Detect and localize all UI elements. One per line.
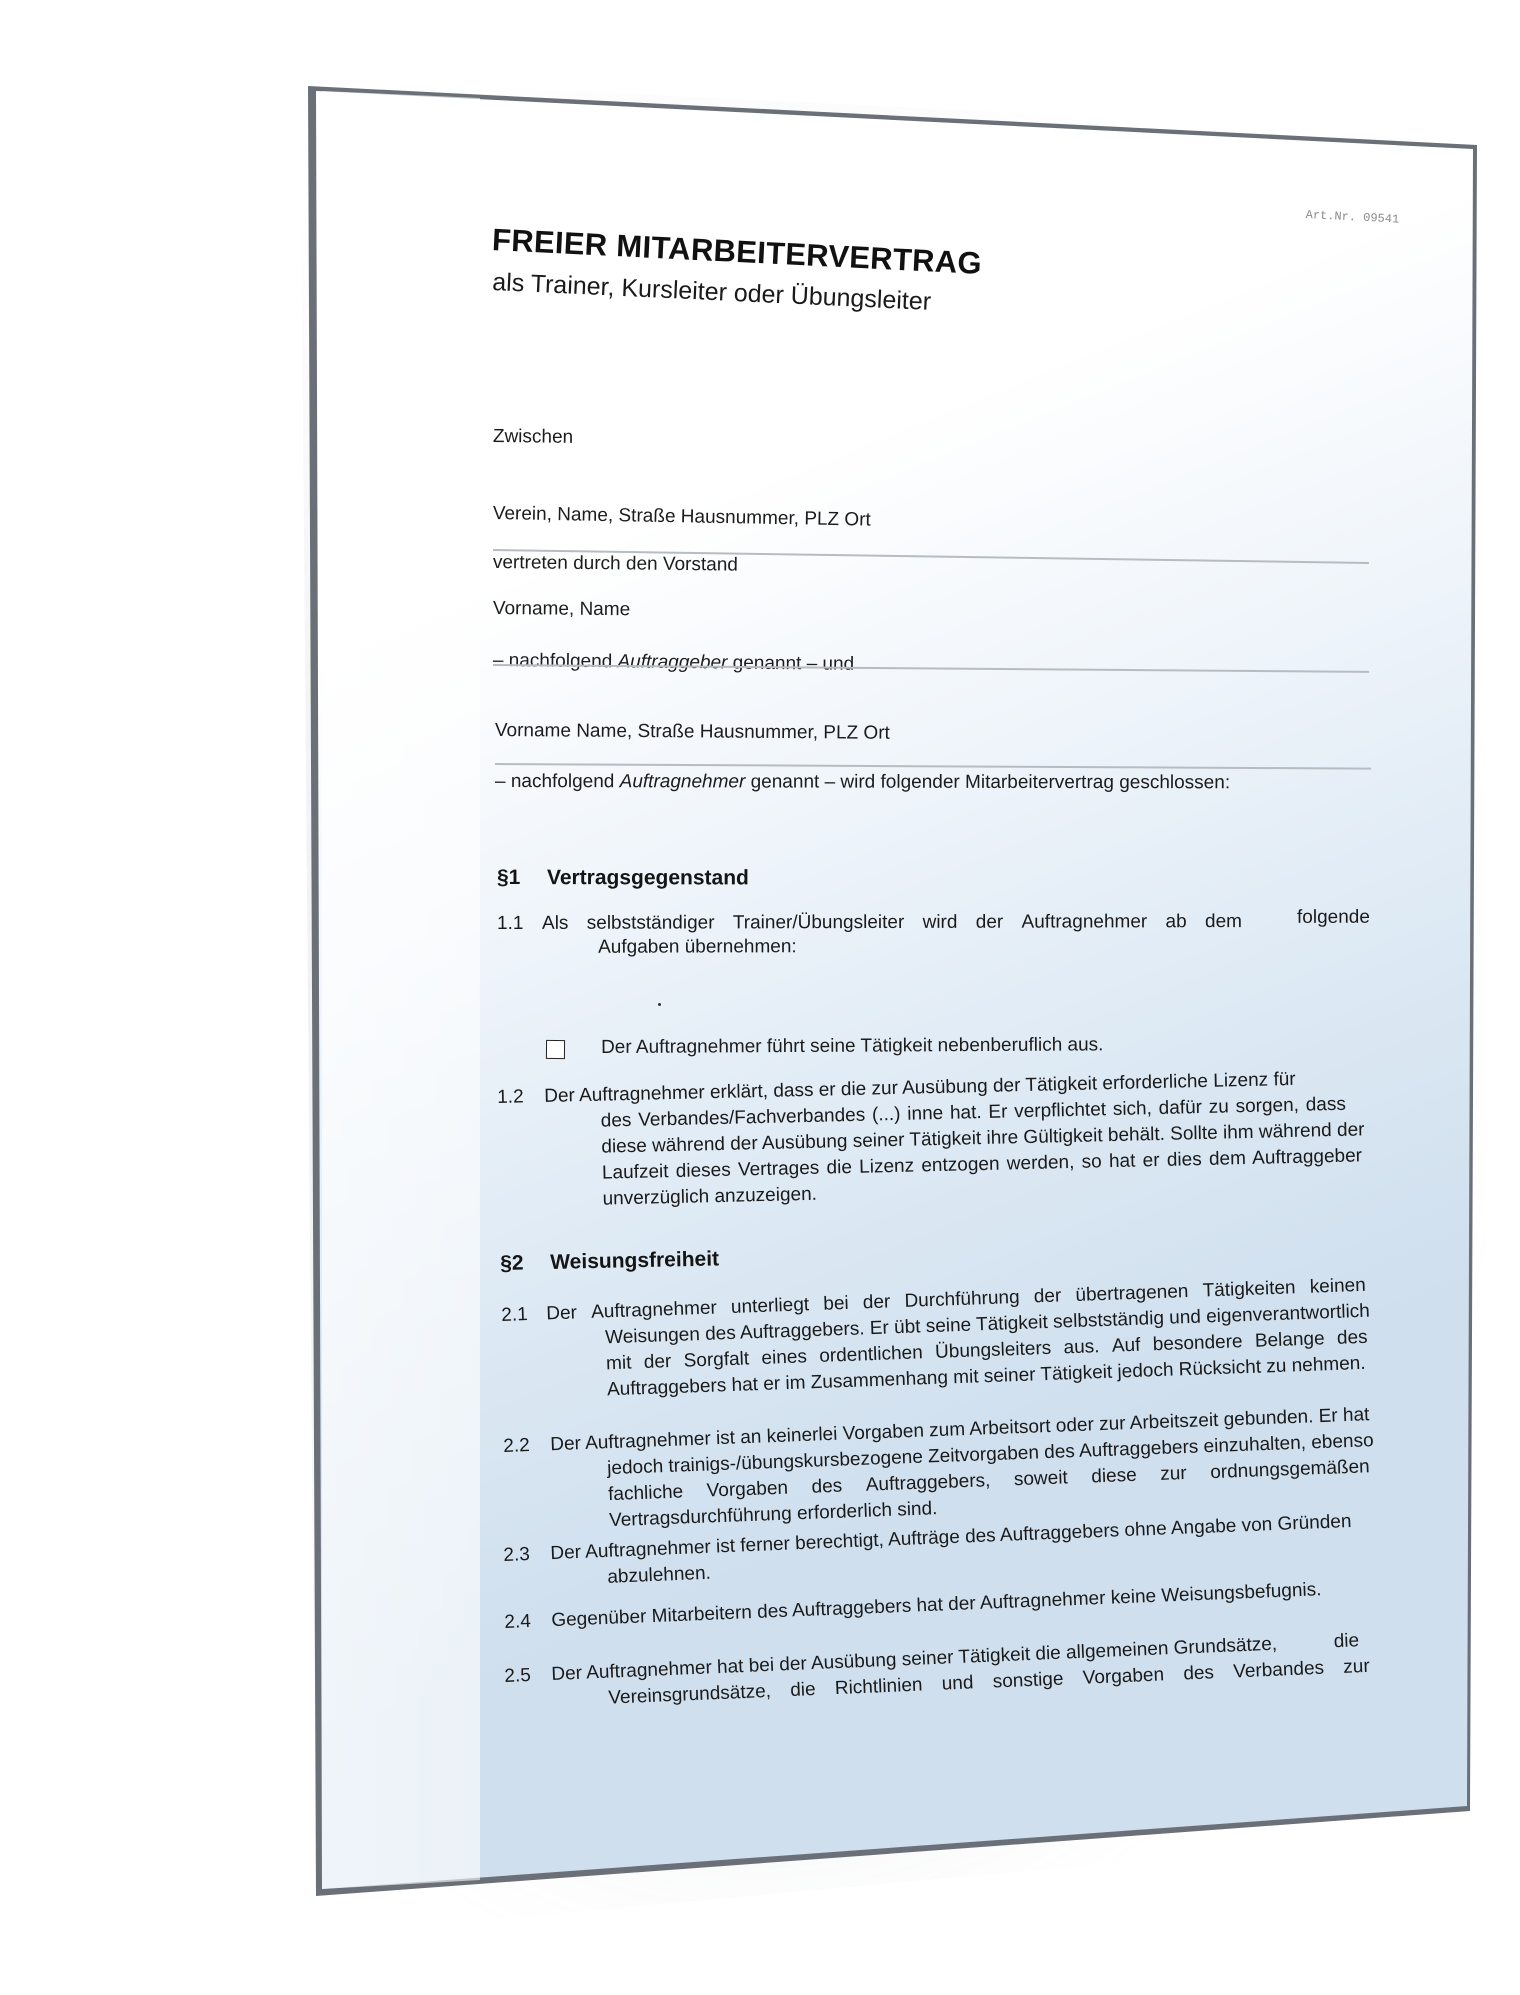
word: zur <box>1160 1463 1187 1486</box>
article-number: Art.Nr. 09541 <box>1305 208 1399 227</box>
side-job-checkbox[interactable] <box>546 1040 565 1059</box>
word: des <box>1337 1327 1368 1350</box>
clause-1-2: 1.2 Der Auftragnehmer erklärt, dass er d… <box>497 1067 1370 1217</box>
client-role-term: Auftraggeber <box>617 651 727 673</box>
word: Vorgaben <box>706 1478 788 1503</box>
section-2-title: Weisungsfreiheit <box>550 1247 719 1274</box>
clause-number: 2.3 <box>503 1544 530 1567</box>
word: Auftragnehmer <box>591 1297 717 1323</box>
word: Richtlinien <box>834 1675 923 1701</box>
word: diese <box>1091 1465 1137 1489</box>
clause-2-5: 2.5 Der Auftragnehmer hat bei der Ausübu… <box>504 1630 1376 1726</box>
word: Auftragnehmer <box>1022 911 1148 933</box>
client-field[interactable]: Verein, Name, Straße Hausnummer, PLZ Ort <box>493 503 871 532</box>
word: Der <box>546 1302 577 1325</box>
word: Sorgfalt <box>683 1348 749 1372</box>
section-1-heading: §1Vertragsgegenstand <box>497 866 749 890</box>
word: der <box>1033 1285 1061 1308</box>
section-2-heading: §2Weisungsfreiheit <box>500 1247 719 1276</box>
word: besondere <box>1152 1331 1243 1356</box>
word: dem <box>1205 911 1242 933</box>
word: wird <box>923 912 958 934</box>
word: Trainer/Übungsleiter <box>733 912 904 934</box>
clause-line: abzulehnen. <box>607 1563 711 1589</box>
clause-number: 2.2 <box>503 1435 530 1458</box>
word: bei <box>823 1293 849 1316</box>
representative-field[interactable]: Vorname, Name <box>493 598 630 621</box>
word: Übungsleiters <box>935 1338 1052 1364</box>
section-1-title: Vertragsgegenstand <box>547 866 749 889</box>
word: Vereinsgrundsätze, <box>608 1681 771 1710</box>
word: der <box>643 1351 671 1374</box>
placeholder-dot <box>658 1003 661 1006</box>
word: und <box>941 1672 974 1695</box>
word: eines <box>761 1346 807 1370</box>
word: selbstständiger <box>587 912 715 934</box>
section-1-number: §1 <box>497 866 547 890</box>
clause-2-5-trailing-word: die <box>1333 1630 1359 1653</box>
word: des <box>1183 1662 1215 1685</box>
word: fachliche <box>608 1481 684 1506</box>
word: keinen <box>1309 1275 1366 1299</box>
word: aus. <box>1063 1336 1100 1359</box>
word: mit <box>606 1352 632 1375</box>
clause-line: unverzüglich anzuzeigen. <box>602 1184 817 1211</box>
word: Tätigkeiten <box>1202 1277 1296 1302</box>
word: Auf <box>1112 1335 1141 1358</box>
between-label: Zwischen <box>493 426 573 449</box>
word: übertragenen <box>1075 1281 1189 1307</box>
contractor-role-suffix: genannt – wird folgender Mitarbeitervert… <box>745 771 1230 793</box>
contractor-field-rule <box>495 763 1371 770</box>
contractor-field[interactable]: Vorname Name, Straße Hausnummer, PLZ Ort <box>495 720 890 745</box>
word: Belange <box>1255 1328 1325 1352</box>
contractor-role-term: Auftragnehmer <box>620 771 746 792</box>
client-role-line: – nachfolgend Auftraggeber genannt – und <box>493 650 855 676</box>
document-content: Art.Nr. 09541 FREIER MITARBEITERVERTRAG … <box>0 0 1520 1995</box>
client-role-prefix: – nachfolgend <box>493 650 618 672</box>
word: der <box>976 912 1004 934</box>
word: Durchführung <box>904 1287 1020 1313</box>
word: des <box>811 1476 842 1499</box>
word: ordentlichen <box>819 1342 923 1368</box>
clause-1-1: 1.1 AlsselbstständigerTrainer/Übungsleit… <box>497 911 1367 973</box>
clause-number: 2.4 <box>504 1611 531 1634</box>
clause-number: 2.5 <box>504 1665 531 1688</box>
word: Verbandes <box>1233 1658 1325 1684</box>
word: unterliegt <box>731 1294 810 1319</box>
contractor-role-line: – nachfolgend Auftragnehmer genannt – wi… <box>495 771 1230 794</box>
section-2-number: §2 <box>500 1251 550 1276</box>
word: soweit <box>1014 1467 1069 1491</box>
clause-number: 1.1 <box>497 913 523 935</box>
side-job-label: Der Auftragnehmer führt seine Tätigkeit … <box>601 1034 1103 1059</box>
represented-by-label: vertreten durch den Vorstand <box>493 552 738 577</box>
contractor-role-prefix: – nachfolgend <box>495 771 620 792</box>
clause-1-1-line-2: Aufgaben übernehmen: <box>598 936 797 959</box>
clause-1-1-trailing-word: folgende <box>1297 907 1370 929</box>
word: ab <box>1166 911 1187 933</box>
word: ordnungsgemäßen <box>1210 1456 1370 1484</box>
word: zur <box>1343 1656 1370 1679</box>
word: sonstige <box>992 1669 1064 1694</box>
word: Als <box>542 913 568 935</box>
clause-number: 1.2 <box>497 1086 524 1109</box>
word: der <box>862 1291 890 1314</box>
word: Vorgaben <box>1082 1664 1164 1689</box>
clause-number: 2.1 <box>501 1304 528 1327</box>
word: Auftraggebers, <box>865 1470 990 1497</box>
client-role-suffix: genannt – und <box>727 652 854 674</box>
clause-1-1-line-1: AlsselbstständigerTrainer/Übungsleiterwi… <box>542 911 1242 935</box>
word: die <box>790 1679 816 1702</box>
